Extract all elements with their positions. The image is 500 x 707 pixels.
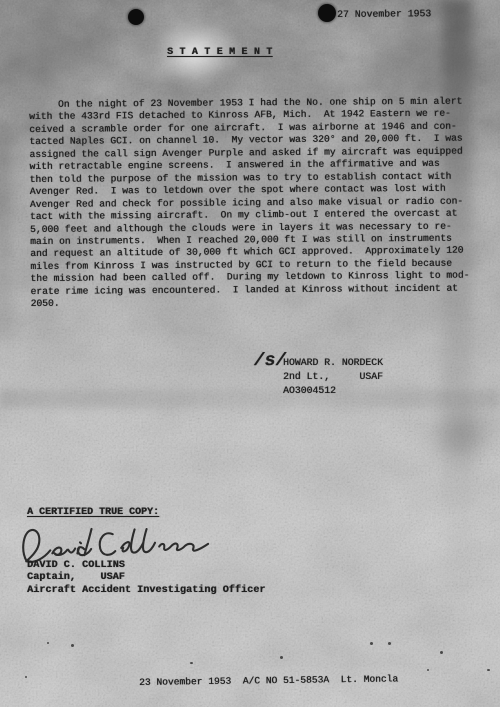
scan-shadow-left-edge	[0, 120, 12, 340]
ink-speck	[71, 644, 74, 647]
document-title: S T A T E M E N T	[167, 47, 272, 58]
ink-speck	[370, 642, 373, 645]
scanned-document-page: 27 November 1953 S T A T E M E N T On th…	[0, 0, 500, 707]
hole-punch-mark	[318, 4, 336, 22]
hole-punch-mark	[128, 9, 144, 25]
ink-speck	[25, 676, 27, 678]
scan-shadow-right-edge	[442, 0, 472, 620]
ink-speck	[487, 669, 490, 671]
certifying-officer-block: DAVID C. COLLINS Captain, USAF Aircraft …	[27, 560, 265, 597]
scan-smudge-top-left	[0, 0, 106, 114]
ink-speck	[280, 656, 283, 659]
ink-speck	[440, 651, 443, 654]
ink-speck	[47, 642, 49, 644]
ink-speck	[427, 669, 429, 671]
pilot-signature-block: HOWARD R. NORDECK 2nd Lt., USAF AO300451…	[283, 356, 383, 398]
footer-reference-line: 23 November 1953 A/C NO 51-5853A Lt. Mon…	[139, 673, 398, 688]
document-date: 27 November 1953	[337, 8, 431, 20]
ink-speck	[388, 642, 391, 645]
scan-streak-middle	[0, 390, 500, 408]
scan-smudge-right-middle	[425, 400, 500, 470]
statement-body: On the night of 23 November 1953 I had t…	[29, 96, 470, 311]
ink-speck	[190, 662, 193, 664]
